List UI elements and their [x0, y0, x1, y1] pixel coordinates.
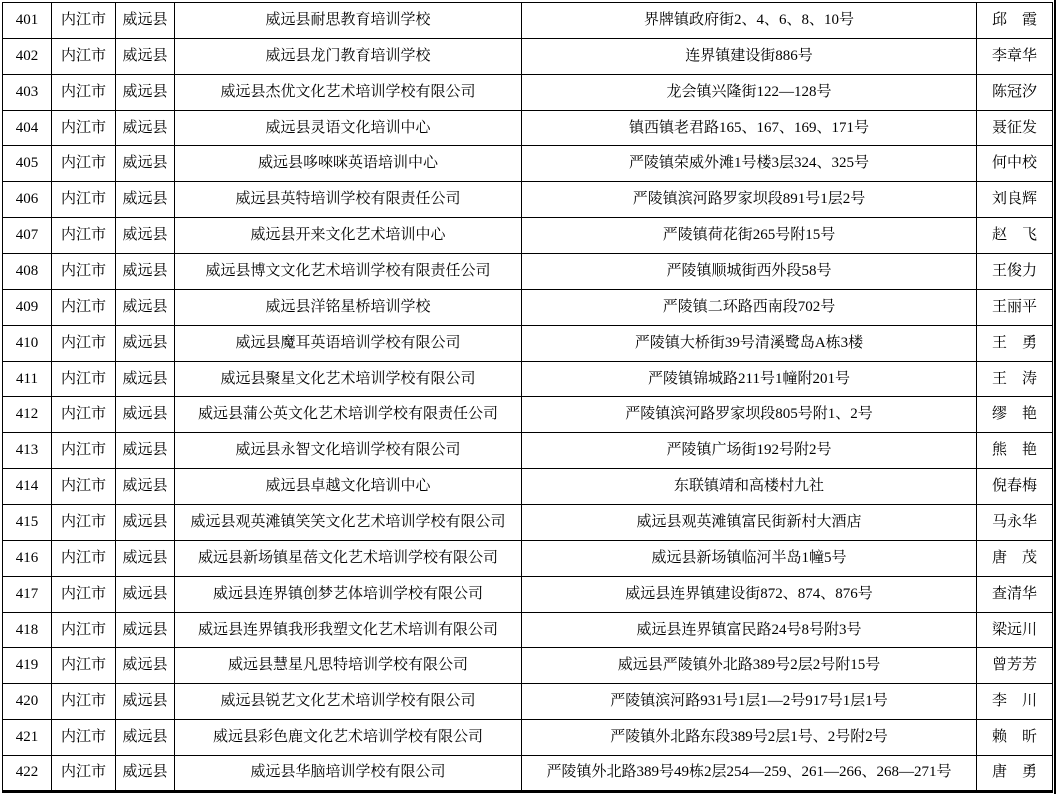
cell-city: 内江市 [52, 146, 116, 182]
cell-county: 威远县 [116, 648, 175, 684]
cell-address: 威远县连界镇建设街872、874、876号 [522, 576, 977, 612]
cell-county: 威远县 [116, 576, 175, 612]
cell-school-name: 威远县永智文化培训学校有限公司 [175, 433, 522, 469]
cell-address: 严陵镇荷花街265号附15号 [522, 218, 977, 254]
table-row: 418 内江市 威远县 威远县连界镇我形我塑文化艺术培训有限公司 威远县连界镇富… [3, 612, 1053, 648]
cell-address: 严陵镇荣威外滩1号楼3层324、325号 [522, 146, 977, 182]
cell-person-name: 王 勇 [977, 325, 1053, 361]
cell-school-name: 威远县新场镇星蓓文化艺术培训学校有限公司 [175, 540, 522, 576]
cell-row-number: 416 [3, 540, 52, 576]
cell-row-number: 421 [3, 720, 52, 756]
cell-person-name: 王俊力 [977, 254, 1053, 290]
cell-address: 严陵镇顺城街西外段58号 [522, 254, 977, 290]
cell-person-name: 查清华 [977, 576, 1053, 612]
cell-school-name: 威远县英特培训学校有限责任公司 [175, 182, 522, 218]
table-row: 403 内江市 威远县 威远县杰优文化艺术培训学校有限公司 龙会镇兴隆街122—… [3, 74, 1053, 110]
cell-city: 内江市 [52, 110, 116, 146]
cell-county: 威远县 [116, 540, 175, 576]
cell-person-name: 王丽平 [977, 289, 1053, 325]
cell-school-name: 威远县锐艺文化艺术培训学校有限公司 [175, 684, 522, 720]
cell-row-number: 408 [3, 254, 52, 290]
cell-school-name: 威远县连界镇创梦艺体培训学校有限公司 [175, 576, 522, 612]
cell-row-number: 401 [3, 3, 52, 39]
cell-school-name: 威远县华脑培训学校有限公司 [175, 756, 522, 792]
cell-row-number: 418 [3, 612, 52, 648]
cell-school-name: 威远县卓越文化培训中心 [175, 469, 522, 505]
cell-address: 东联镇靖和高楼村九社 [522, 469, 977, 505]
cell-county: 威远县 [116, 756, 175, 792]
cell-city: 内江市 [52, 505, 116, 541]
cell-row-number: 402 [3, 38, 52, 74]
cell-person-name: 缪 艳 [977, 397, 1053, 433]
cell-school-name: 威远县博文文化艺术培训学校有限责任公司 [175, 254, 522, 290]
cell-person-name: 唐 勇 [977, 756, 1053, 792]
cell-row-number: 407 [3, 218, 52, 254]
table-row: 406 内江市 威远县 威远县英特培训学校有限责任公司 严陵镇滨河路罗家坝段89… [3, 182, 1053, 218]
cell-school-name: 威远县灵语文化培训中心 [175, 110, 522, 146]
cell-address: 严陵镇锦城路211号1幢附201号 [522, 361, 977, 397]
table-row: 411 内江市 威远县 威远县聚星文化艺术培训学校有限公司 严陵镇锦城路211号… [3, 361, 1053, 397]
table-row: 421 内江市 威远县 威远县彩色鹿文化艺术培训学校有限公司 严陵镇外北路东段3… [3, 720, 1053, 756]
table-row: 419 内江市 威远县 威远县慧星凡思特培训学校有限公司 威远县严陵镇外北路38… [3, 648, 1053, 684]
cell-city: 内江市 [52, 684, 116, 720]
cell-address: 严陵镇滨河路罗家坝段891号1层2号 [522, 182, 977, 218]
cell-city: 内江市 [52, 540, 116, 576]
cell-person-name: 李章华 [977, 38, 1053, 74]
cell-city: 内江市 [52, 756, 116, 792]
cell-school-name: 威远县蒲公英文化艺术培训学校有限责任公司 [175, 397, 522, 433]
table-row: 412 内江市 威远县 威远县蒲公英文化艺术培训学校有限责任公司 严陵镇滨河路罗… [3, 397, 1053, 433]
cell-address: 严陵镇外北路东段389号2层1号、2号附2号 [522, 720, 977, 756]
cell-city: 内江市 [52, 361, 116, 397]
cell-county: 威远县 [116, 146, 175, 182]
cell-person-name: 赵 飞 [977, 218, 1053, 254]
cell-person-name: 陈冠汐 [977, 74, 1053, 110]
cell-row-number: 415 [3, 505, 52, 541]
table-row: 420 内江市 威远县 威远县锐艺文化艺术培训学校有限公司 严陵镇滨河路931号… [3, 684, 1053, 720]
document-page: 401 内江市 威远县 威远县耐思教育培训学校 界牌镇政府街2、4、6、8、10… [0, 0, 1056, 794]
cell-person-name: 何中校 [977, 146, 1053, 182]
cell-address: 严陵镇滨河路罗家坝段805号附1、2号 [522, 397, 977, 433]
cell-address: 威远县观英滩镇富民街新村大酒店 [522, 505, 977, 541]
cell-city: 内江市 [52, 3, 116, 39]
cell-row-number: 417 [3, 576, 52, 612]
cell-row-number: 414 [3, 469, 52, 505]
cell-row-number: 410 [3, 325, 52, 361]
cell-city: 内江市 [52, 612, 116, 648]
table-row: 404 内江市 威远县 威远县灵语文化培训中心 镇西镇老君路165、167、16… [3, 110, 1053, 146]
cell-address: 界牌镇政府街2、4、6、8、10号 [522, 3, 977, 39]
cell-person-name: 邱 霞 [977, 3, 1053, 39]
cell-school-name: 威远县连界镇我形我塑文化艺术培训有限公司 [175, 612, 522, 648]
cell-county: 威远县 [116, 110, 175, 146]
table-row: 414 内江市 威远县 威远县卓越文化培训中心 东联镇靖和高楼村九社 倪春梅 [3, 469, 1053, 505]
cell-person-name: 马永华 [977, 505, 1053, 541]
cell-county: 威远县 [116, 720, 175, 756]
cell-city: 内江市 [52, 397, 116, 433]
cell-city: 内江市 [52, 182, 116, 218]
cell-city: 内江市 [52, 218, 116, 254]
table-row: 408 内江市 威远县 威远县博文文化艺术培训学校有限责任公司 严陵镇顺城街西外… [3, 254, 1053, 290]
cell-county: 威远县 [116, 612, 175, 648]
table-body: 401 内江市 威远县 威远县耐思教育培训学校 界牌镇政府街2、4、6、8、10… [3, 3, 1053, 792]
cell-person-name: 梁远川 [977, 612, 1053, 648]
cell-row-number: 403 [3, 74, 52, 110]
cell-city: 内江市 [52, 576, 116, 612]
cell-address: 龙会镇兴隆街122—128号 [522, 74, 977, 110]
cell-city: 内江市 [52, 74, 116, 110]
cell-person-name: 唐 茂 [977, 540, 1053, 576]
cell-row-number: 419 [3, 648, 52, 684]
table-row: 417 内江市 威远县 威远县连界镇创梦艺体培训学校有限公司 威远县连界镇建设街… [3, 576, 1053, 612]
cell-person-name: 聂征发 [977, 110, 1053, 146]
cell-person-name: 赖 昕 [977, 720, 1053, 756]
cell-county: 威远县 [116, 684, 175, 720]
cell-county: 威远县 [116, 182, 175, 218]
cell-school-name: 威远县观英滩镇笑笑文化艺术培训学校有限公司 [175, 505, 522, 541]
cell-school-name: 威远县哆唻咪英语培训中心 [175, 146, 522, 182]
training-schools-table: 401 内江市 威远县 威远县耐思教育培训学校 界牌镇政府街2、4、6、8、10… [2, 2, 1053, 793]
cell-county: 威远县 [116, 74, 175, 110]
table-row: 401 内江市 威远县 威远县耐思教育培训学校 界牌镇政府街2、4、6、8、10… [3, 3, 1053, 39]
cell-row-number: 409 [3, 289, 52, 325]
cell-address: 镇西镇老君路165、167、169、171号 [522, 110, 977, 146]
cell-city: 内江市 [52, 648, 116, 684]
table-row: 416 内江市 威远县 威远县新场镇星蓓文化艺术培训学校有限公司 威远县新场镇临… [3, 540, 1053, 576]
cell-county: 威远县 [116, 289, 175, 325]
cell-row-number: 420 [3, 684, 52, 720]
cell-county: 威远县 [116, 254, 175, 290]
cell-address: 严陵镇外北路389号49栋2层254—259、261—266、268—271号 [522, 756, 977, 792]
table-row: 413 内江市 威远县 威远县永智文化培训学校有限公司 严陵镇广场街192号附2… [3, 433, 1053, 469]
cell-address: 连界镇建设街886号 [522, 38, 977, 74]
table-row: 422 内江市 威远县 威远县华脑培训学校有限公司 严陵镇外北路389号49栋2… [3, 756, 1053, 792]
cell-city: 内江市 [52, 38, 116, 74]
cell-school-name: 威远县彩色鹿文化艺术培训学校有限公司 [175, 720, 522, 756]
cell-school-name: 威远县龙门教育培训学校 [175, 38, 522, 74]
cell-county: 威远县 [116, 433, 175, 469]
cell-person-name: 刘良辉 [977, 182, 1053, 218]
cell-person-name: 熊 艳 [977, 433, 1053, 469]
cell-address: 严陵镇广场街192号附2号 [522, 433, 977, 469]
table-row: 409 内江市 威远县 威远县洋铭星桥培训学校 严陵镇二环路西南段702号 王丽… [3, 289, 1053, 325]
cell-address: 严陵镇大桥街39号清溪鹭岛A栋3楼 [522, 325, 977, 361]
cell-address: 威远县严陵镇外北路389号2层2号附15号 [522, 648, 977, 684]
cell-city: 内江市 [52, 289, 116, 325]
cell-address: 威远县连界镇富民路24号8号附3号 [522, 612, 977, 648]
cell-school-name: 威远县开来文化艺术培训中心 [175, 218, 522, 254]
cell-city: 内江市 [52, 720, 116, 756]
cell-row-number: 405 [3, 146, 52, 182]
cell-county: 威远县 [116, 3, 175, 39]
cell-county: 威远县 [116, 218, 175, 254]
cell-address: 严陵镇滨河路931号1层1—2号917号1层1号 [522, 684, 977, 720]
cell-address: 严陵镇二环路西南段702号 [522, 289, 977, 325]
cell-city: 内江市 [52, 325, 116, 361]
cell-city: 内江市 [52, 469, 116, 505]
cell-city: 内江市 [52, 254, 116, 290]
cell-person-name: 曾芳芳 [977, 648, 1053, 684]
cell-school-name: 威远县聚星文化艺术培训学校有限公司 [175, 361, 522, 397]
cell-row-number: 413 [3, 433, 52, 469]
cell-county: 威远县 [116, 38, 175, 74]
cell-school-name: 威远县慧星凡思特培训学校有限公司 [175, 648, 522, 684]
cell-school-name: 威远县魔耳英语培训学校有限公司 [175, 325, 522, 361]
cell-row-number: 412 [3, 397, 52, 433]
table-row: 402 内江市 威远县 威远县龙门教育培训学校 连界镇建设街886号 李章华 [3, 38, 1053, 74]
cell-county: 威远县 [116, 505, 175, 541]
table-row: 410 内江市 威远县 威远县魔耳英语培训学校有限公司 严陵镇大桥街39号清溪鹭… [3, 325, 1053, 361]
cell-county: 威远县 [116, 325, 175, 361]
cell-person-name: 倪春梅 [977, 469, 1053, 505]
table-row: 415 内江市 威远县 威远县观英滩镇笑笑文化艺术培训学校有限公司 威远县观英滩… [3, 505, 1053, 541]
cell-school-name: 威远县耐思教育培训学校 [175, 3, 522, 39]
cell-school-name: 威远县洋铭星桥培训学校 [175, 289, 522, 325]
table-row: 405 内江市 威远县 威远县哆唻咪英语培训中心 严陵镇荣威外滩1号楼3层324… [3, 146, 1053, 182]
cell-person-name: 李 川 [977, 684, 1053, 720]
table-row: 407 内江市 威远县 威远县开来文化艺术培训中心 严陵镇荷花街265号附15号… [3, 218, 1053, 254]
cell-county: 威远县 [116, 361, 175, 397]
cell-address: 威远县新场镇临河半岛1幢5号 [522, 540, 977, 576]
cell-school-name: 威远县杰优文化艺术培训学校有限公司 [175, 74, 522, 110]
cell-city: 内江市 [52, 433, 116, 469]
cell-row-number: 422 [3, 756, 52, 792]
cell-row-number: 406 [3, 182, 52, 218]
cell-county: 威远县 [116, 397, 175, 433]
cell-person-name: 王 涛 [977, 361, 1053, 397]
cell-county: 威远县 [116, 469, 175, 505]
cell-row-number: 404 [3, 110, 52, 146]
cell-row-number: 411 [3, 361, 52, 397]
